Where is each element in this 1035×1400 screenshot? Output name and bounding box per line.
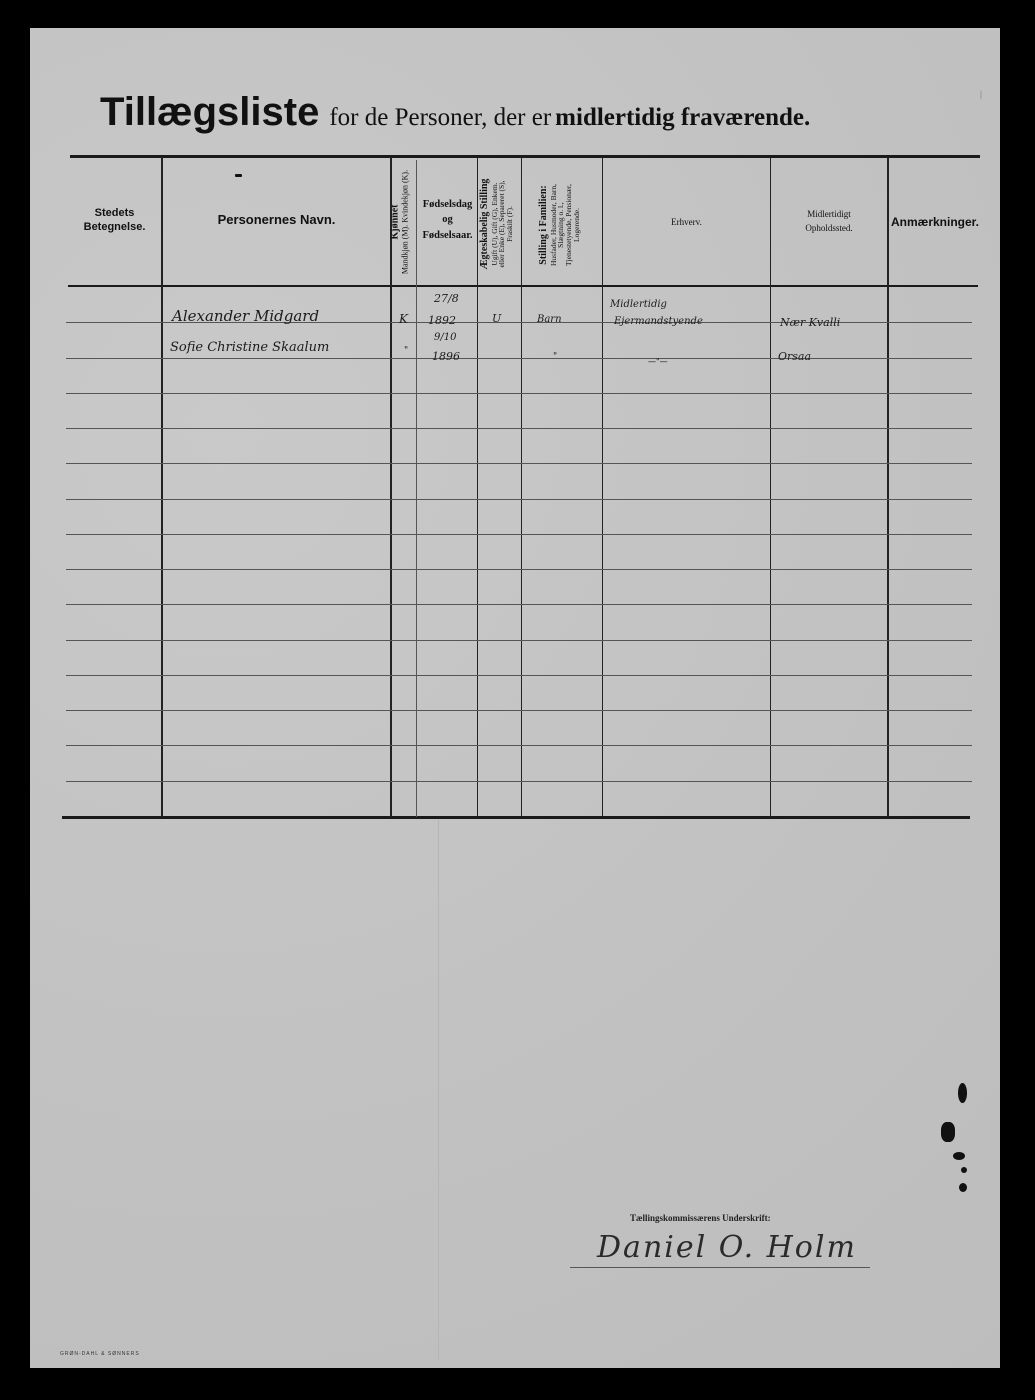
col-divider-3 xyxy=(416,160,417,817)
row-rule xyxy=(66,569,972,570)
row-rule xyxy=(66,640,972,641)
signature-line xyxy=(570,1267,870,1268)
col-divider-6 xyxy=(602,157,603,817)
ink-blot-2 xyxy=(941,1122,955,1142)
row-rule xyxy=(66,534,972,535)
row2-kjonnet: " xyxy=(404,346,408,356)
header-anmaerkninger: Anmærkninger. xyxy=(889,212,981,232)
row1-fodsel-aar: 1892 xyxy=(428,314,456,327)
ink-blot-6 xyxy=(980,90,982,100)
row2-erhverv: —"— xyxy=(648,357,668,366)
title-main: Tillægsliste xyxy=(100,90,319,134)
row-rule xyxy=(66,675,972,676)
header-fodsel: Fødselsdag og Fødselsaar. xyxy=(418,190,477,250)
row1-erhverv-line1: Midlertidig xyxy=(610,299,667,310)
ink-dash-mark xyxy=(235,174,242,177)
table-top-rule xyxy=(70,155,980,158)
row2-opholdssted: Orsaa xyxy=(778,350,811,363)
row2-fodsel-dag: 9/10 xyxy=(434,332,456,343)
row-rule xyxy=(66,710,972,711)
signature-label: Tællingskommissærens Underskrift: xyxy=(630,1213,771,1223)
col-divider-7 xyxy=(770,157,771,817)
header-stedets: Stedets Betegnelse. xyxy=(68,200,161,240)
row2-stilling: " xyxy=(553,352,557,362)
row1-opholdssted: Nær Kvalli xyxy=(780,316,840,329)
row-rule xyxy=(66,393,972,394)
col-divider-8 xyxy=(887,157,889,817)
header-stedets-line2: Betegnelse. xyxy=(84,220,146,234)
row1-stilling: Barn xyxy=(537,314,562,325)
row1-erhverv-line2: Ejermandstyende xyxy=(614,316,703,327)
col-divider-1 xyxy=(161,157,163,817)
row2-fodsel-aar: 1896 xyxy=(432,350,460,363)
printer-mark: GRØN-DAHL & SØNNERS xyxy=(60,1351,140,1357)
fold-line xyxy=(438,820,439,1360)
title-bold: midlertidig fraværende. xyxy=(555,104,810,131)
row1-kjonnet: K xyxy=(399,312,408,326)
col-divider-4 xyxy=(477,157,478,817)
ink-blot-5 xyxy=(959,1183,967,1192)
header-erhverv: Erhverv. xyxy=(603,212,770,232)
col-divider-5 xyxy=(521,157,522,817)
header-kjonnet: Kjønnet Mandkjøn (M). Kvindekjøn (K). xyxy=(391,160,415,285)
row1-navn: Alexander Midgard xyxy=(172,307,319,325)
table-bottom-rule xyxy=(62,816,970,819)
form-title: Tillægsliste for de Personer, der er mid… xyxy=(100,90,810,135)
commissioner-signature: Daniel O. Holm xyxy=(597,1230,857,1265)
header-stilling: Stilling i Familien: Husfader, Husmoder,… xyxy=(539,166,589,284)
header-opholdssted: Midlertidigt Opholdssted. xyxy=(771,205,887,239)
row1-egteskab: U xyxy=(492,312,501,325)
header-navn: Personernes Navn. xyxy=(163,205,390,233)
row2-navn: Sofie Christine Skaalum xyxy=(170,340,329,355)
row-rule xyxy=(66,499,972,500)
header-stedets-line1: Stedets xyxy=(95,206,135,220)
row-rule xyxy=(66,745,972,746)
ink-blot-4 xyxy=(961,1167,967,1173)
row1-fodsel-dag: 27/8 xyxy=(434,292,459,305)
title-regular: for de Personer, der er xyxy=(329,104,551,131)
row-rule xyxy=(66,463,972,464)
row-rule xyxy=(66,781,972,782)
row-rule xyxy=(66,604,972,605)
ink-blot-3 xyxy=(953,1152,965,1160)
header-egteskab: Ægteskabelig Stilling Ugift (U), Gift (G… xyxy=(480,165,518,283)
ink-blot-1 xyxy=(958,1083,967,1103)
row-rule xyxy=(66,358,972,359)
row-rule xyxy=(66,428,972,429)
header-bottom-rule xyxy=(68,285,978,287)
